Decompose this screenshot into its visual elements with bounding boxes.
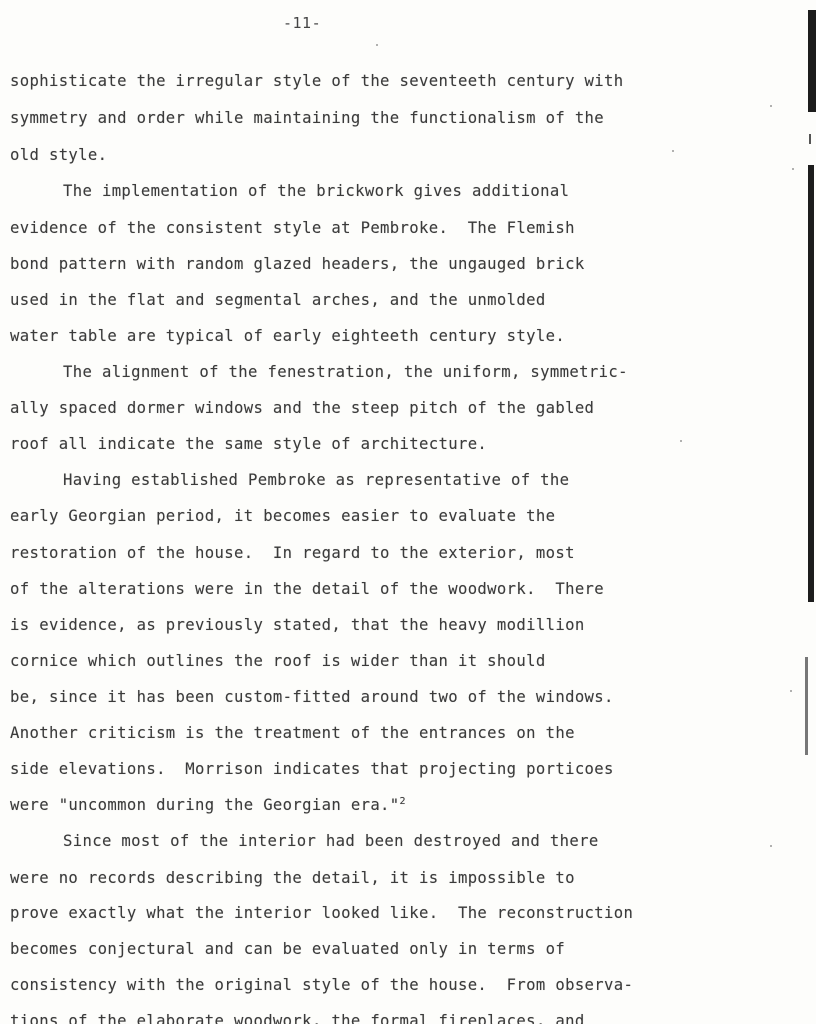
text-line: of the alterations were in the detail of…	[10, 580, 604, 598]
scan-speck	[376, 44, 378, 46]
scan-edge-bar	[808, 165, 814, 602]
paragraph-start: Having established Pembroke as represent…	[63, 471, 569, 489]
scan-edge-tick	[809, 134, 811, 144]
text-line: ally spaced dormer windows and the steep…	[10, 399, 594, 417]
text-line: sophisticate the irregular style of the …	[10, 72, 624, 90]
text-line: restoration of the house. In regard to t…	[10, 544, 575, 562]
text-line: were "uncommon during the Georgian era."…	[10, 796, 406, 814]
text-line: side elevations. Morrison indicates that…	[10, 760, 614, 778]
text-line: bond pattern with random glazed headers,…	[10, 255, 585, 273]
text-line: old style.	[10, 146, 107, 164]
footnote-marker: 2	[400, 796, 406, 807]
paragraph-start: The alignment of the fenestration, the u…	[63, 363, 628, 381]
text-line: becomes conjectural and can be evaluated…	[10, 940, 565, 958]
text-line: prove exactly what the interior looked l…	[10, 904, 633, 922]
text-line: water table are typical of early eightee…	[10, 327, 565, 345]
scan-speck	[792, 168, 794, 170]
text-line: used in the flat and segmental arches, a…	[10, 291, 546, 309]
quote-text: were "uncommon during the Georgian era."	[10, 796, 400, 814]
scan-edge-block	[808, 10, 816, 112]
scan-speck	[770, 105, 772, 107]
scan-speck	[680, 440, 682, 442]
paragraph-start: Since most of the interior had been dest…	[63, 832, 599, 850]
text-line: early Georgian period, it becomes easier…	[10, 507, 555, 525]
text-line: roof all indicate the same style of arch…	[10, 435, 487, 453]
scan-speck	[672, 150, 674, 152]
scan-speck	[790, 690, 792, 692]
paragraph-start: The implementation of the brickwork give…	[63, 182, 569, 200]
text-line: be, since it has been custom-fitted arou…	[10, 688, 614, 706]
text-line: cornice which outlines the roof is wider…	[10, 652, 546, 670]
text-line: is evidence, as previously stated, that …	[10, 616, 585, 634]
scan-edge-bar-light	[805, 657, 808, 755]
text-line: consistency with the original style of t…	[10, 976, 633, 994]
text-line: Another criticism is the treatment of th…	[10, 724, 575, 742]
text-line: symmetry and order while maintaining the…	[10, 109, 604, 127]
text-line: were no records describing the detail, i…	[10, 869, 575, 887]
text-line: evidence of the consistent style at Pemb…	[10, 219, 575, 237]
scan-speck	[770, 845, 772, 847]
page-number: -11-	[283, 14, 321, 32]
text-line: tions of the elaborate woodwork, the for…	[10, 1012, 585, 1024]
